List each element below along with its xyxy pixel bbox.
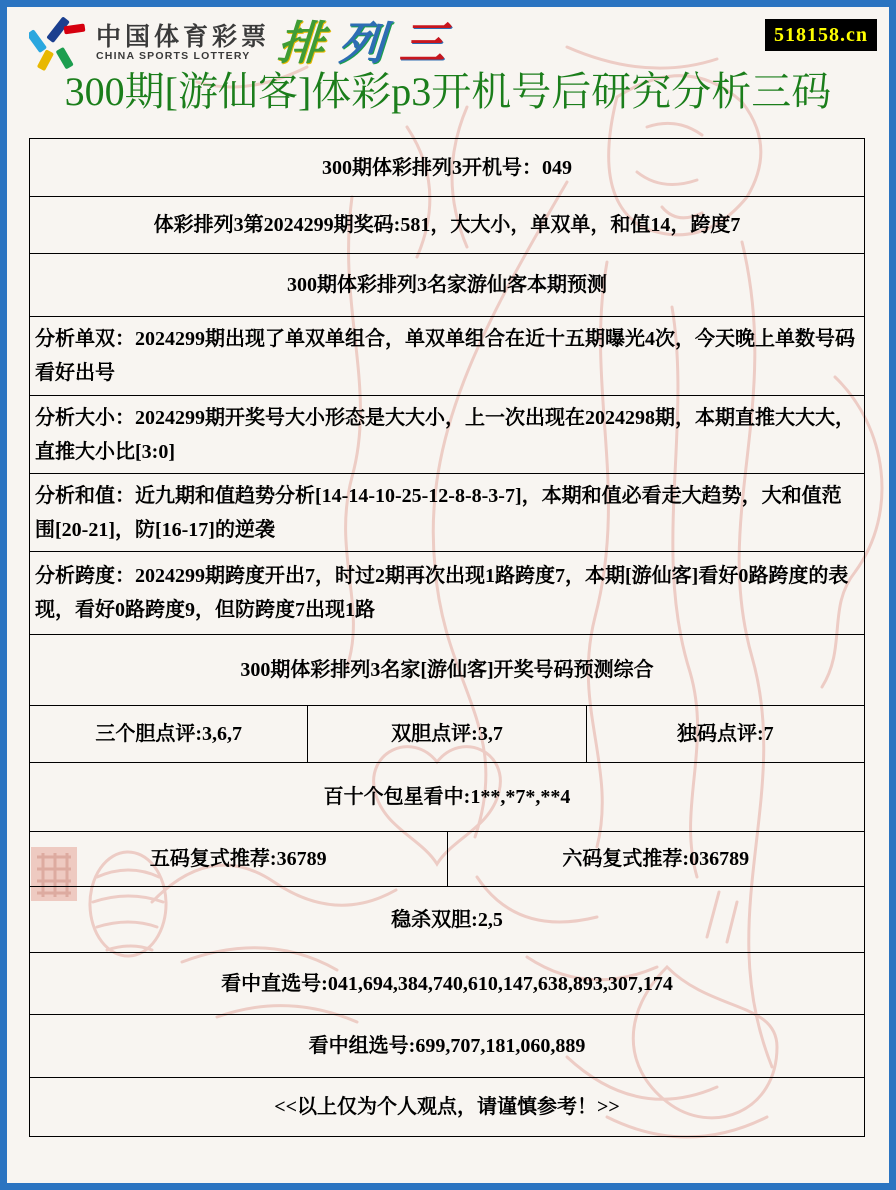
row-text: 看中组选号:699,707,181,060,889 xyxy=(309,1031,586,1061)
row-text: <<以上仅为个人观点，请谨慎参考！>> xyxy=(274,1092,620,1122)
cell-single-code: 独码点评:7 xyxy=(586,706,864,762)
table-row-open-number: 300期体彩排列3开机号：049 xyxy=(30,139,864,196)
site-badge[interactable]: 518158.cn xyxy=(765,19,877,51)
row-text: 分析大小：2024299期开奖号大小形态是大大小，上一次出现在2024298期，… xyxy=(35,401,859,469)
brand-name-cn: 中国体育彩票 xyxy=(96,24,270,50)
cell-five-code-duplex: 五码复式推荐:36789 xyxy=(30,832,447,886)
row-text: 分析和值：近九期和值趋势分析[14-14-10-25-12-8-8-3-7]，本… xyxy=(35,479,859,547)
row-text: 百十个包星看中:1**,*7*,**4 xyxy=(324,782,571,812)
table-row-group-picks: 看中组选号:699,707,181,060,889 xyxy=(30,1014,864,1077)
table-row-direct-picks: 看中直选号:041,694,384,740,610,147,638,893,30… xyxy=(30,952,864,1014)
row-text: 300期体彩排列3开机号：049 xyxy=(322,153,572,183)
row-text: 看中直选号:041,694,384,740,610,147,638,893,30… xyxy=(221,969,673,999)
brand-name-en: CHINA SPORTS LOTTERY xyxy=(96,50,270,63)
pailie3-char-lie: 列 xyxy=(337,17,388,69)
row-text: 稳杀双胆:2,5 xyxy=(391,905,503,935)
sports-lottery-logo-icon xyxy=(29,15,87,71)
prediction-table: 300期体彩排列3开机号：049 体彩排列3第2024299期奖码:581，大大… xyxy=(29,138,865,1137)
table-row-star-cover: 百十个包星看中:1**,*7*,**4 xyxy=(30,762,864,831)
brand-logo: 中国体育彩票 CHINA SPORTS LOTTERY 排 列 三 xyxy=(29,15,447,71)
pailie3-char-pai: 排 xyxy=(276,17,327,69)
table-row-dan-picks: 三个胆点评:3,6,7 双胆点评:3,7 独码点评:7 xyxy=(30,705,864,762)
table-row-analysis-span: 分析跨度：2024299期跨度开出7，时过2期再次出现1路跨度7，本期[游仙客]… xyxy=(30,551,864,634)
row-text: 300期体彩排列3名家[游仙客]开奖号码预测综合 xyxy=(240,655,653,685)
table-row-last-draw: 体彩排列3第2024299期奖码:581，大大小，单双单，和值14，跨度7 xyxy=(30,196,864,253)
table-row-analysis-sum: 分析和值：近九期和值趋势分析[14-14-10-25-12-8-8-3-7]，本… xyxy=(30,473,864,551)
pailie3-char-san: 三 xyxy=(398,17,449,69)
page: 中国体育彩票 CHINA SPORTS LOTTERY 排 列 三 518158… xyxy=(0,0,896,1190)
cell-two-dan: 双胆点评:3,7 xyxy=(307,706,585,762)
page-title: 300期[游仙客]体彩p3开机号后研究分析三码 xyxy=(7,68,889,116)
table-row-forecast-header: 300期体彩排列3名家游仙客本期预测 xyxy=(30,253,864,316)
brand-text: 中国体育彩票 CHINA SPORTS LOTTERY xyxy=(96,24,270,63)
table-row-analysis-oddeven: 分析单双：2024299期出现了单双单组合，单双单组合在近十五期曝光4次，今天晚… xyxy=(30,316,864,395)
cell-six-code-duplex: 六码复式推荐:036789 xyxy=(447,832,865,886)
table-row-disclaimer: <<以上仅为个人观点，请谨慎参考！>> xyxy=(30,1077,864,1136)
row-text: 300期体彩排列3名家游仙客本期预测 xyxy=(287,270,607,300)
table-row-kill-dan: 稳杀双胆:2,5 xyxy=(30,886,864,952)
pailie3-wordmark: 排 列 三 xyxy=(276,20,448,66)
row-text: 分析跨度：2024299期跨度开出7，时过2期再次出现1路跨度7，本期[游仙客]… xyxy=(35,559,859,627)
table-row-summary-header: 300期体彩排列3名家[游仙客]开奖号码预测综合 xyxy=(30,634,864,705)
row-text: 体彩排列3第2024299期奖码:581，大大小，单双单，和值14，跨度7 xyxy=(154,210,741,240)
table-row-duplex: 五码复式推荐:36789 六码复式推荐:036789 xyxy=(30,831,864,886)
table-row-analysis-bigsmall: 分析大小：2024299期开奖号大小形态是大大小，上一次出现在2024298期，… xyxy=(30,395,864,473)
cell-three-dan: 三个胆点评:3,6,7 xyxy=(30,706,307,762)
row-text: 分析单双：2024299期出现了单双单组合，单双单组合在近十五期曝光4次，今天晚… xyxy=(35,322,859,390)
